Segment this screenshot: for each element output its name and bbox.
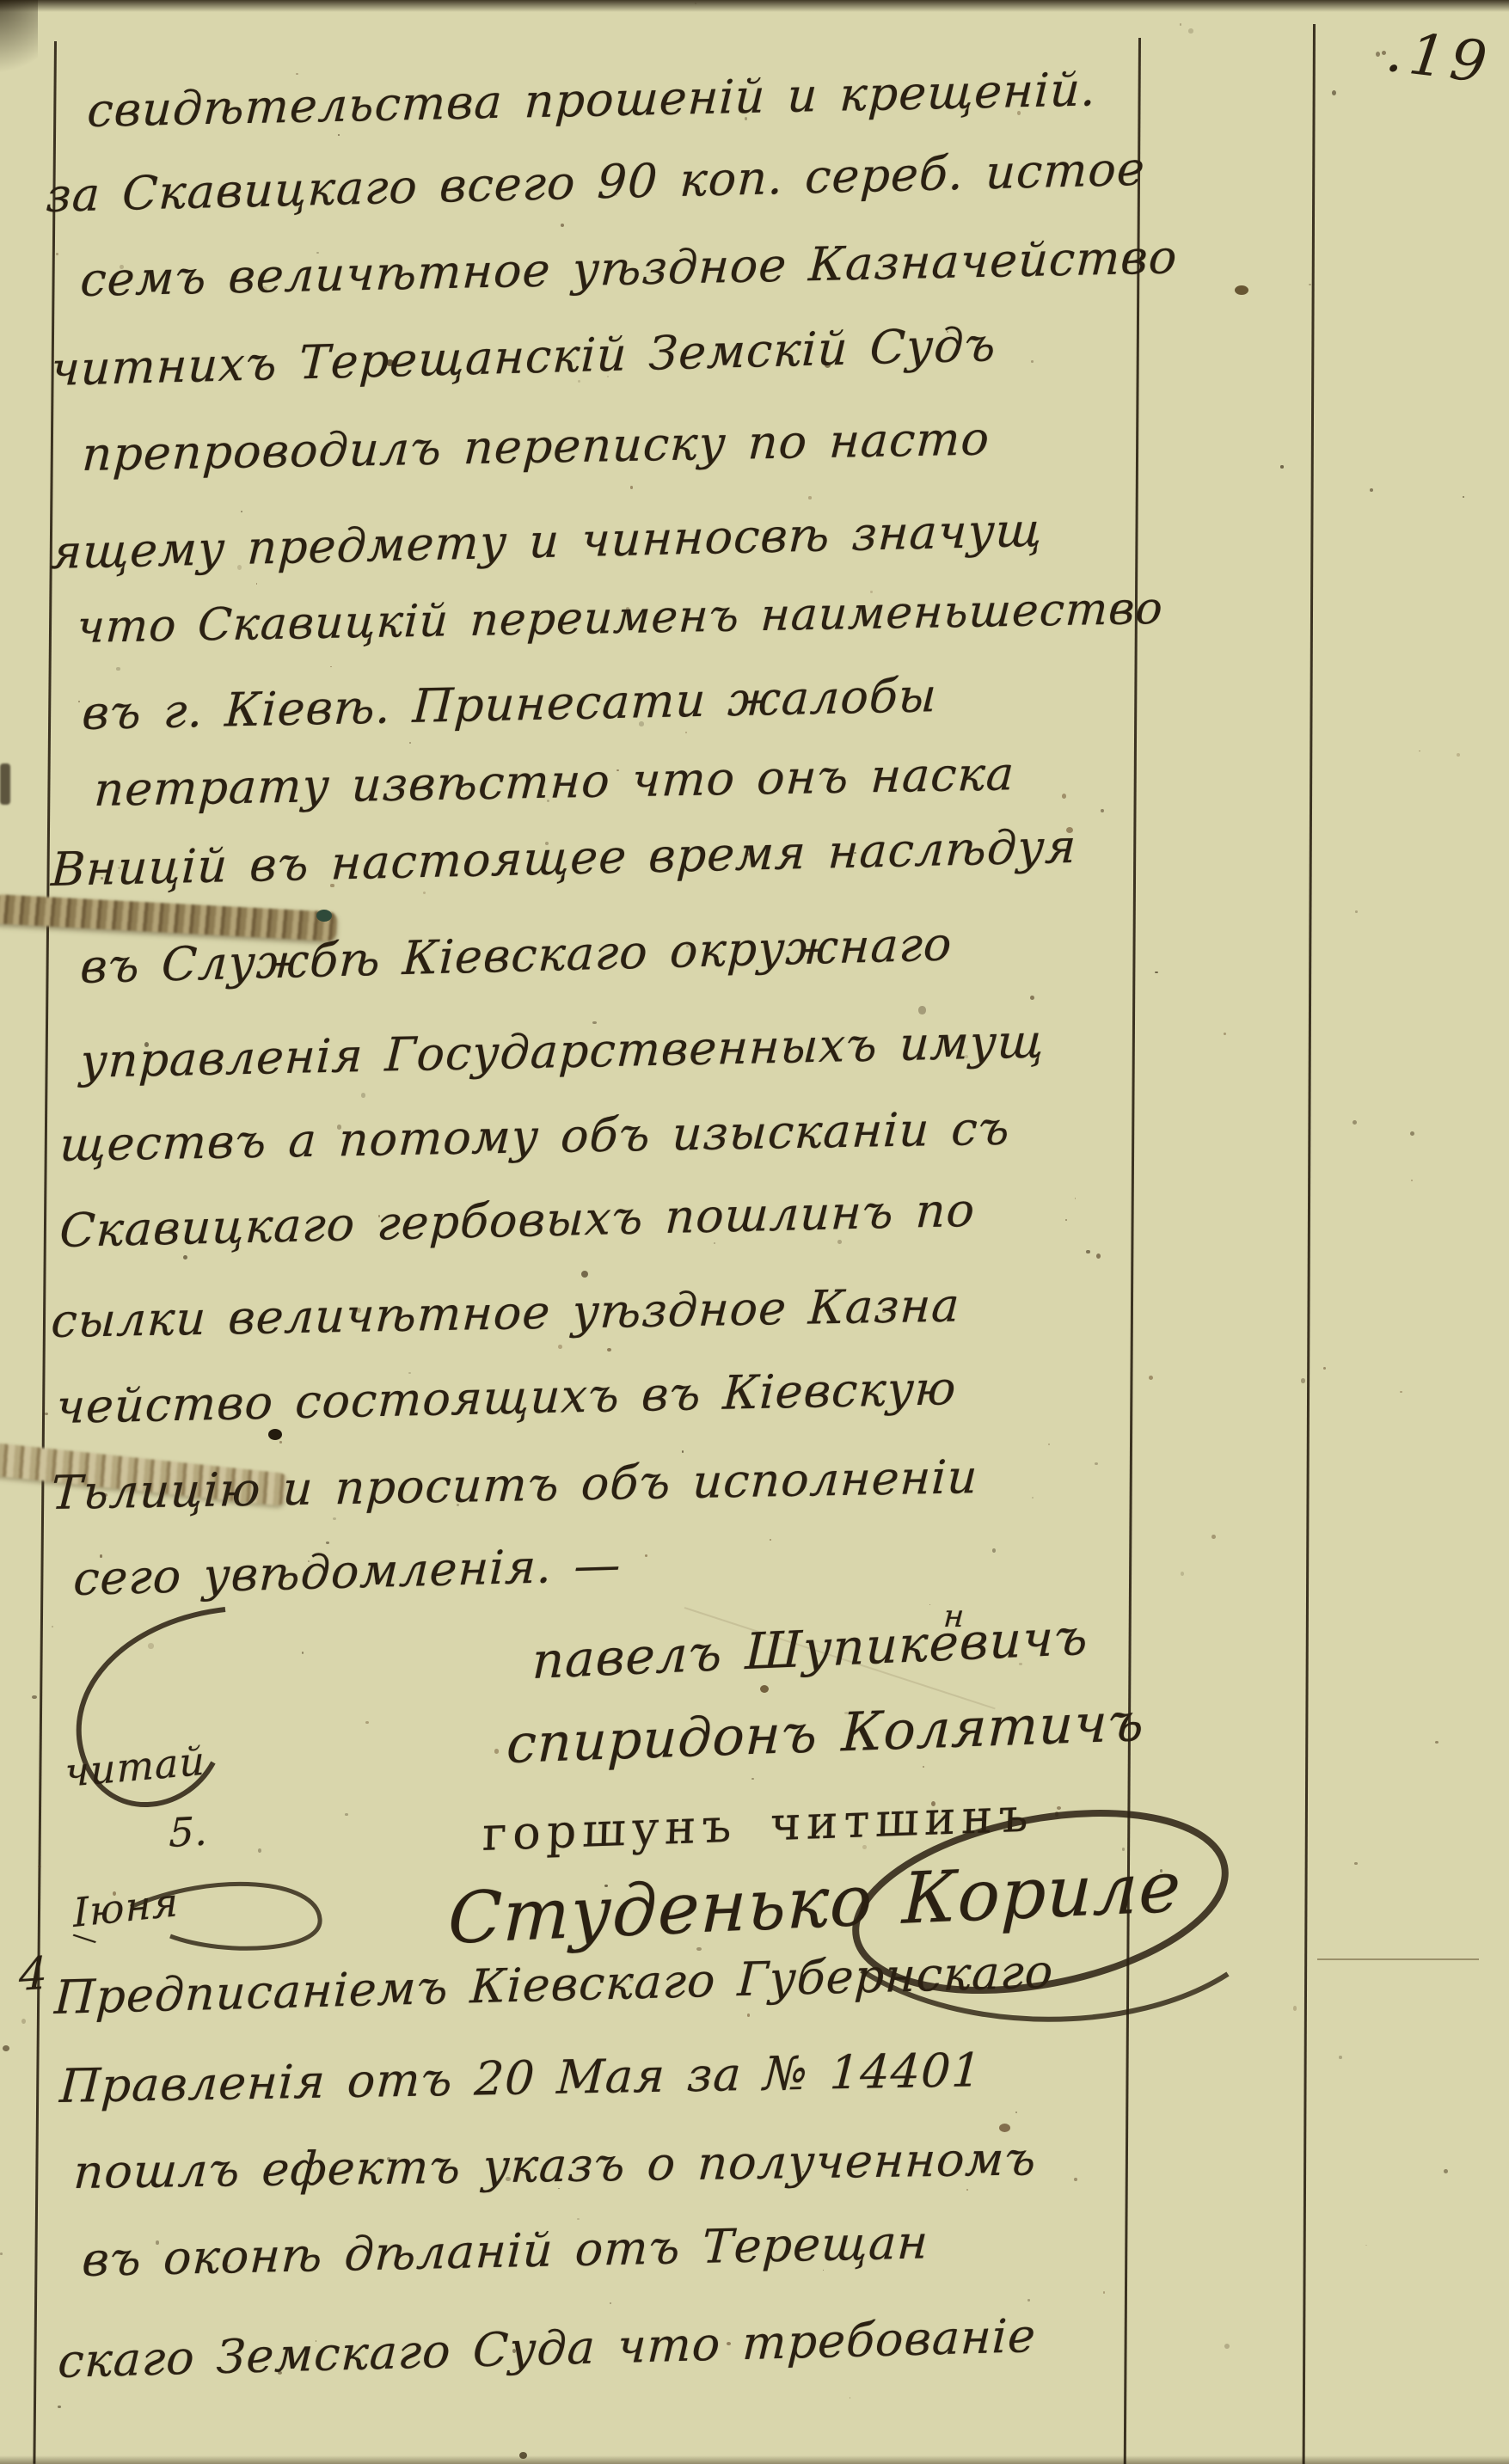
signature-tail-flourish xyxy=(862,1971,1228,2020)
signature-oval-flourish xyxy=(841,1785,1241,2019)
margin-capital-flourish xyxy=(79,1609,225,1805)
pen-flourishes xyxy=(0,0,1509,2464)
margin-underline-flourish xyxy=(131,1884,320,1948)
manuscript-page: .19 свидѣтельства прошеній и крещеній.за… xyxy=(0,0,1509,2464)
